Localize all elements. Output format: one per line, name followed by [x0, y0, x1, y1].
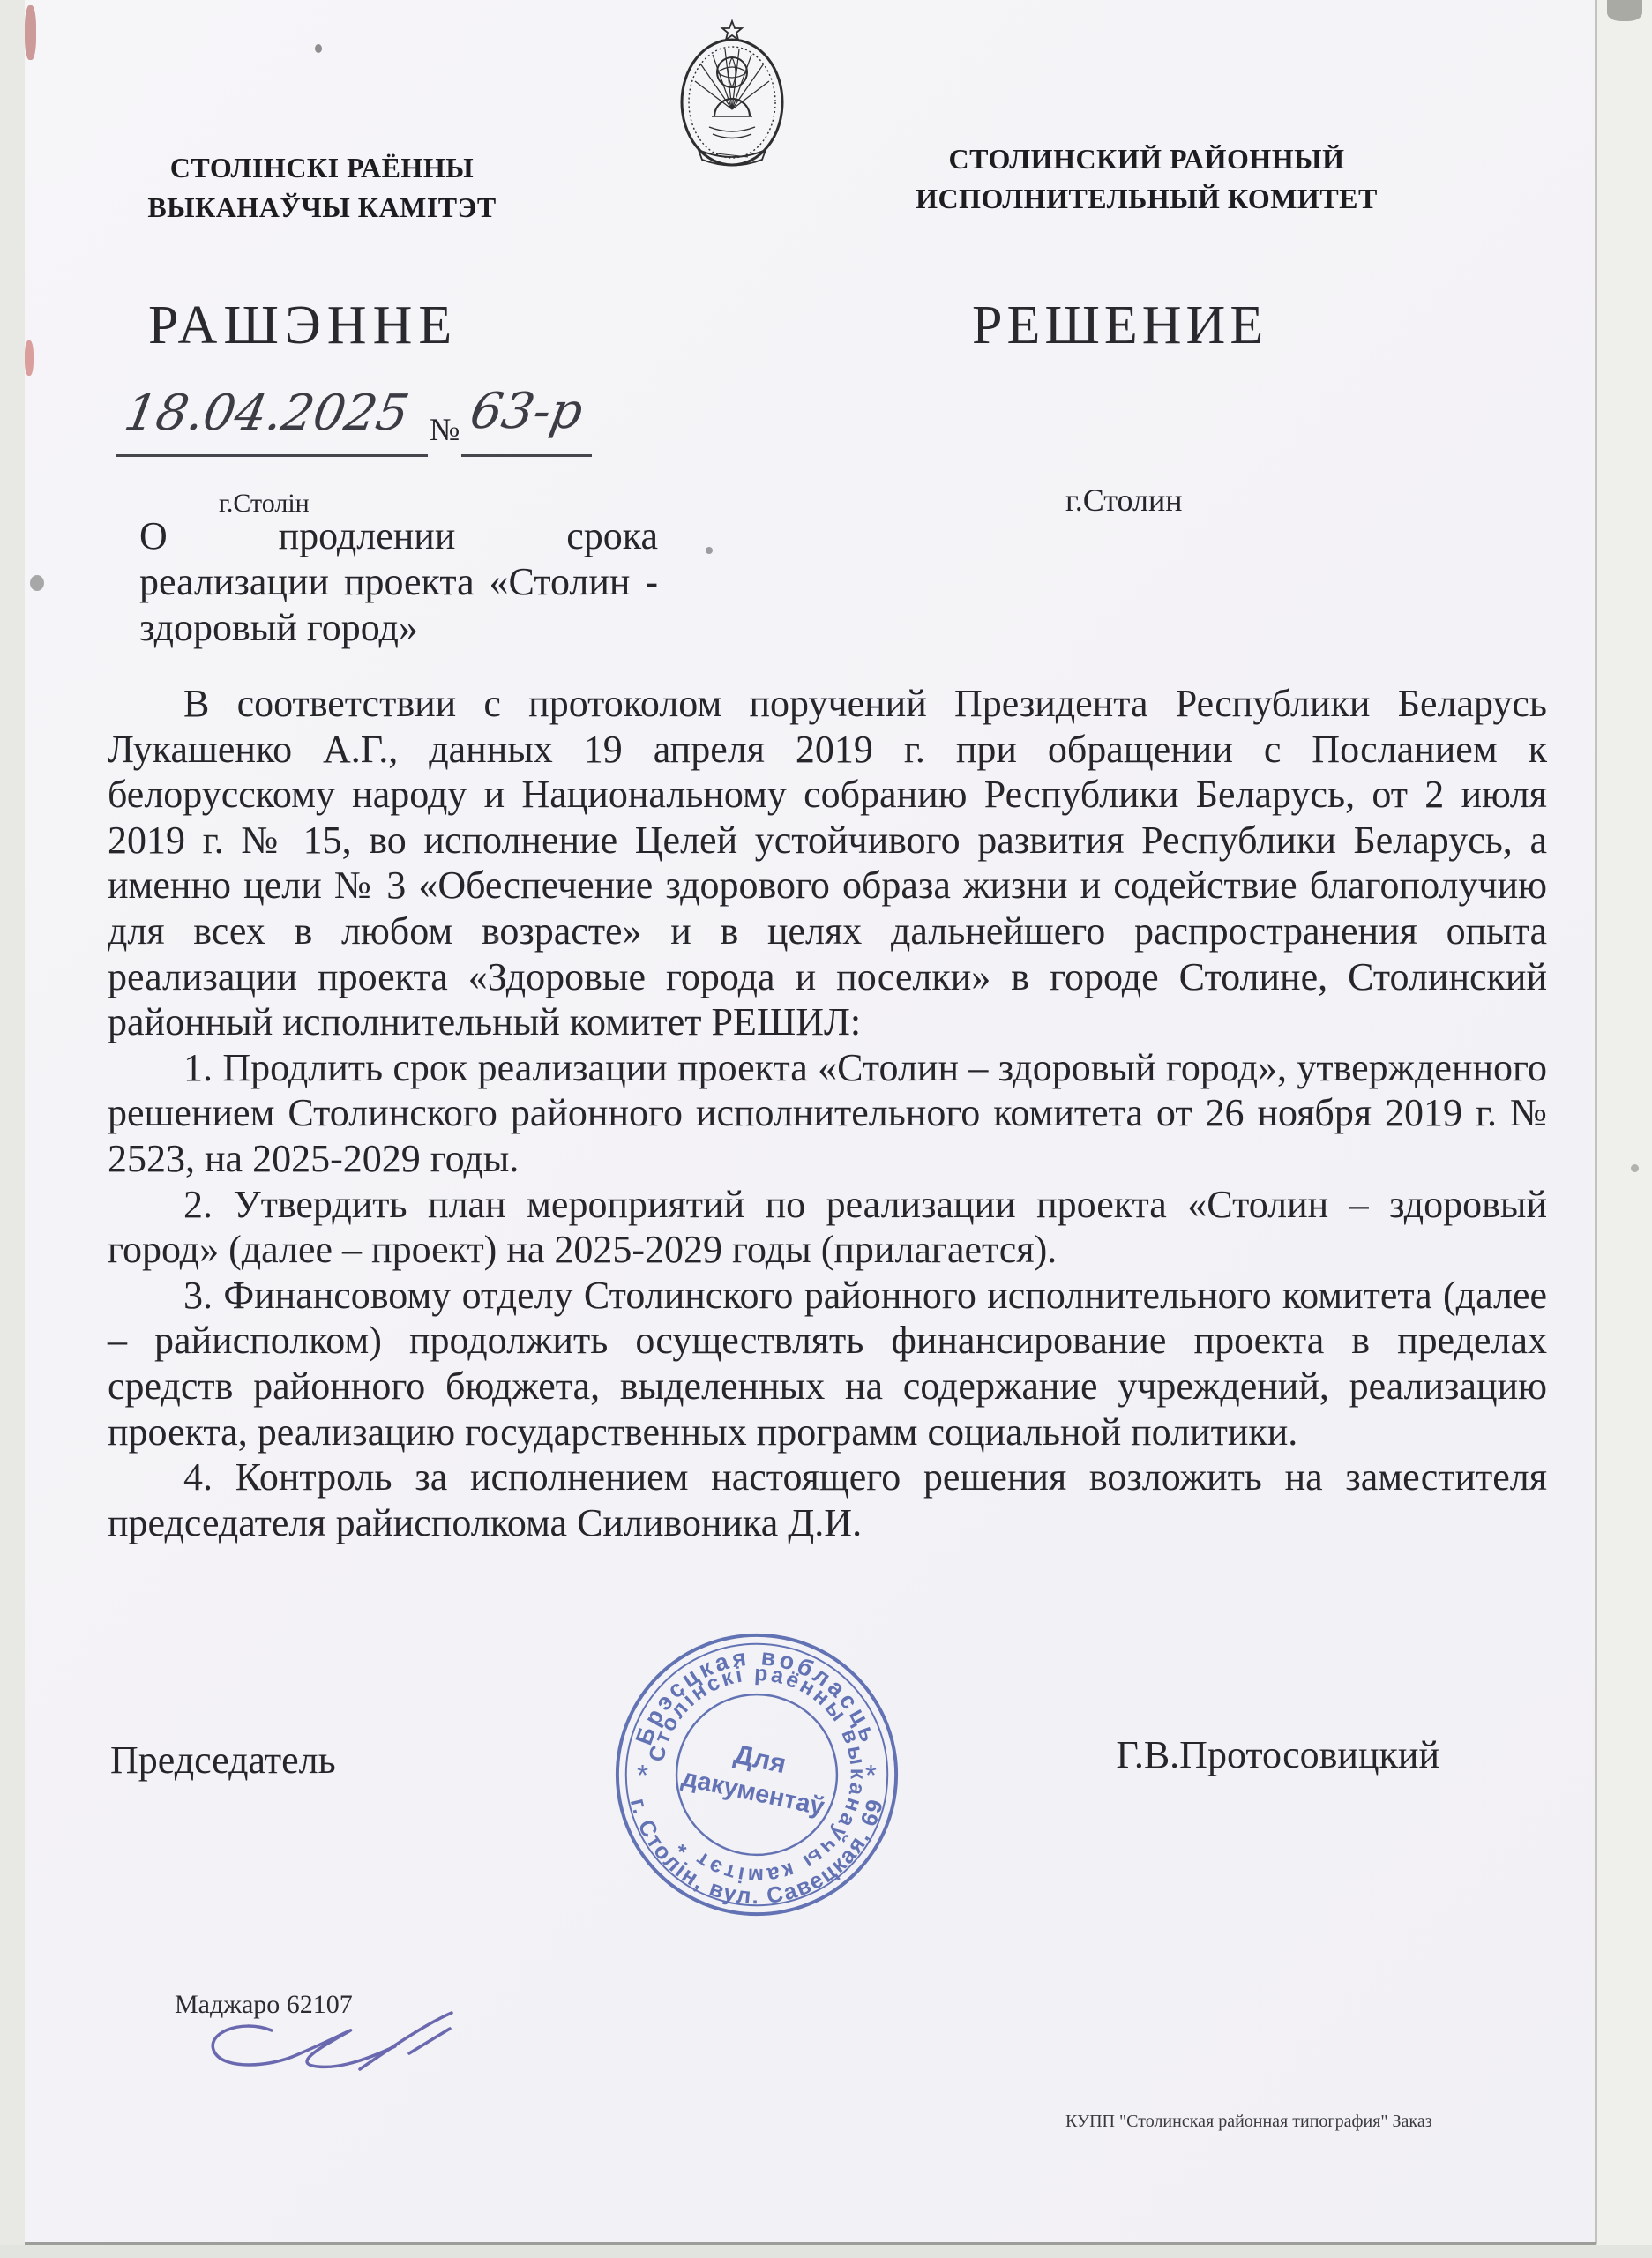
paragraph-item-4: 4. Контроль за исполнением настоящего ре…: [108, 1454, 1547, 1545]
paragraph-item-3: 3. Финансовому отделу Столинского районн…: [108, 1273, 1547, 1454]
place-right: г.Столин: [1065, 482, 1183, 519]
scan-artifact-red-top-left: [25, 5, 36, 60]
subject-line-2: реализации проекта «Столин -: [139, 559, 658, 605]
subject-line-1: О продлении срока: [139, 513, 658, 559]
org-name-belarusian-line1: СТОЛІНСКІ РАЁННЫ: [84, 148, 560, 188]
print-house-note: КУПП "Столинская районная типография" За…: [1065, 2112, 1432, 2132]
scanner-background-right: [1597, 0, 1652, 2258]
stamp-separator-right: *: [865, 1760, 877, 1792]
org-name-russian-line1: СТОЛИНСКИЙ РАЙОННЫЙ: [838, 139, 1455, 179]
handwritten-number: 63-р: [466, 383, 587, 440]
title-rashenne: РАШЭННЕ: [148, 295, 458, 357]
paper-edge-right: [1595, 0, 1597, 2244]
subject-line-3: здоровый город»: [139, 605, 658, 651]
scan-artifact-dark-left: [30, 575, 44, 591]
date-underline: [116, 454, 428, 457]
signer-name: Г.В.Протосовицкий: [970, 1732, 1439, 1777]
scanned-decision-document: СТОЛІНСКІ РАЁННЫ ВЫКАНАЎЧЫ КАМІТЭТ: [0, 0, 1652, 2258]
coat-of-arms-icon: [663, 18, 801, 171]
number-sign: №: [430, 411, 460, 448]
org-name-belarusian-line2: ВЫКАНАЎЧЫ КАМІТЭТ: [84, 188, 560, 228]
stamp-separator-left: *: [637, 1760, 648, 1792]
org-name-belarusian: СТОЛІНСКІ РАЁННЫ ВЫКАНАЎЧЫ КАМІТЭТ: [84, 148, 560, 228]
title-reshenie: РЕШЕНИЕ: [972, 295, 1267, 357]
scan-artifact-red-left: [25, 340, 34, 376]
org-name-russian-line2: ИСПОЛНИТЕЛЬНЫЙ КОМИТЕТ: [838, 179, 1455, 219]
scan-speck-4: [1631, 1164, 1639, 1172]
number-underline: [461, 454, 592, 457]
handwritten-signature: [187, 2011, 487, 2083]
scan-speck-1: [315, 44, 322, 53]
body-text: В соответствии с протоколом поручений Пр…: [108, 681, 1547, 1545]
org-name-russian: СТОЛИНСКИЙ РАЙОННЫЙ ИСПОЛНИТЕЛЬНЫЙ КОМИТ…: [838, 139, 1455, 219]
paragraph-preamble: В соответствии с протоколом поручений Пр…: [108, 681, 1547, 1045]
paragraph-item-2: 2. Утвердить план мероприятий по реализа…: [108, 1182, 1547, 1273]
scanner-background-bottom: [0, 2245, 1652, 2258]
paper-edge-bottom: [25, 2242, 1596, 2245]
paragraph-item-1: 1. Продлить срок реализации проекта «Сто…: [108, 1045, 1547, 1182]
scan-speck-2: [706, 547, 713, 554]
subject-block: О продлении срока реализации проекта «Ст…: [139, 513, 658, 651]
scan-speck-3: [494, 935, 499, 943]
signer-position: Председатель: [110, 1738, 336, 1783]
official-round-stamp: Брэсцкая вобласць г. Столін, вул. Савецк…: [609, 1626, 905, 1923]
scan-artifact-top-right: [1607, 0, 1642, 21]
handwritten-date: 18.04.2025: [120, 385, 413, 442]
stamp-center-line1: Для: [731, 1739, 789, 1780]
